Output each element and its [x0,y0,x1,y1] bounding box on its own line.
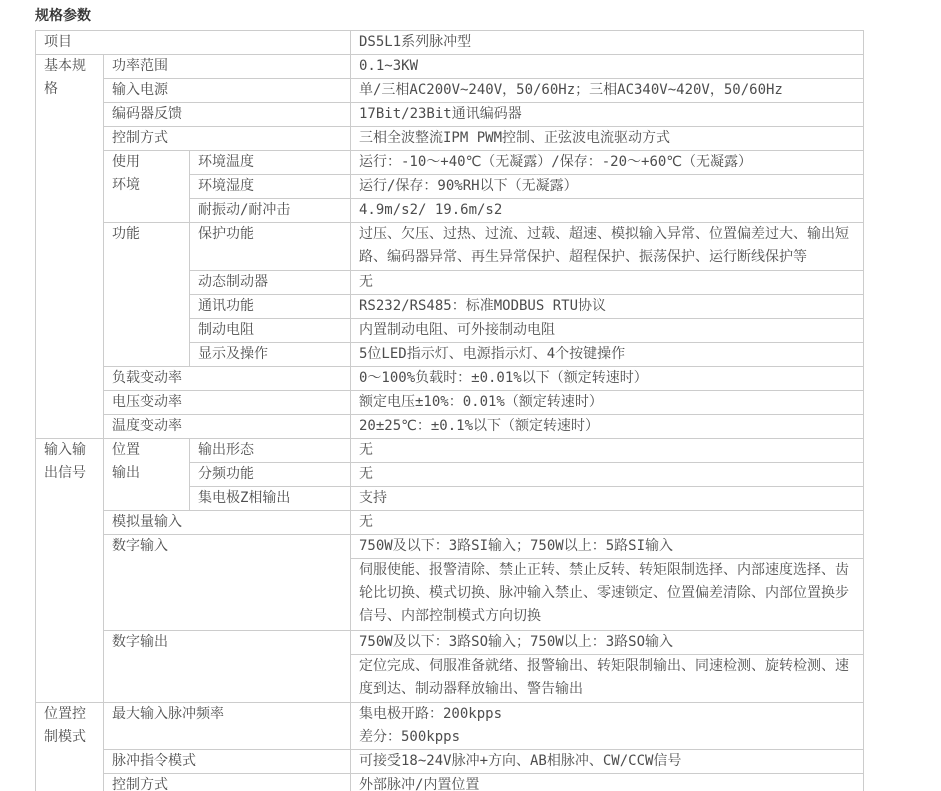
spec-value: 伺服使能、报警清除、禁止正转、禁止反转、转矩限制选择、内部速度选择、齿轮比切换、… [351,559,864,631]
spec-label: 模拟量输入 [104,511,351,535]
group-label-line: 基本规 [44,55,95,78]
table-row: 模拟量输入 无 [36,511,864,535]
spec-value: 单/三相AC200V~240V，50/60Hz；三相AC340V~420V，50… [351,79,864,103]
spec-value-line: 集电极开路：200kpps [359,703,855,726]
table-row: 电压变动率 额定电压±10%：0.01%（额定转速时） [36,391,864,415]
table-row: 基本规 格 功率范围 0.1~3KW [36,55,864,79]
table-row: 控制方式 三相全波整流IPM PWM控制、正弦波电流驱动方式 [36,127,864,151]
spec-value: 运行/保存：90%RH以下（无凝露） [351,175,864,199]
spec-value: 750W及以下：3路SO输入；750W以上：3路SO输入 [351,631,864,655]
spec-table: 项目 DS5L1系列脉冲型 基本规 格 功率范围 0.1~3KW 输入电源 单/… [35,30,864,791]
spec-value: 无 [351,463,864,487]
group-label-line: 输出 [112,462,181,485]
spec-value: 17Bit/23Bit通讯编码器 [351,103,864,127]
spec-value: 支持 [351,487,864,511]
group-label-line: 位置控 [44,703,95,726]
table-row: 功能 保护功能 过压、欠压、过热、过流、过载、超速、模拟输入异常、位置偏差过大、… [36,223,864,271]
spec-label: 电压变动率 [104,391,351,415]
spec-value: 无 [351,511,864,535]
spec-value-line: 差分：500kpps [359,726,855,749]
table-row: 脉冲指令模式 可接受18~24V脉冲+方向、AB相脉冲、CW/CCW信号 [36,750,864,774]
group-functions: 功能 [104,223,190,367]
spec-label: 功率范围 [104,55,351,79]
group-label-line: 输入输 [44,439,95,462]
spec-value: 定位完成、伺服准备就绪、报警输出、转矩限制输出、同速检测、旋转检测、速度到达、制… [351,655,864,703]
spec-label: 最大输入脉冲频率 [104,703,351,750]
table-row: 温度变动率 20±25℃：±0.1%以下（额定转速时） [36,415,864,439]
spec-label: 编码器反馈 [104,103,351,127]
table-row: 数字输出 750W及以下：3路SO输入；750W以上：3路SO输入 [36,631,864,655]
spec-value: 内置制动电阻、可外接制动电阻 [351,319,864,343]
group-label-line: 制模式 [44,726,95,749]
spec-value: 无 [351,439,864,463]
spec-label: 数字输出 [104,631,351,703]
spec-label: 显示及操作 [190,343,351,367]
group-label-line: 使用 [112,151,181,174]
spec-value: 集电极开路：200kpps 差分：500kpps [351,703,864,750]
group-basic-specs: 基本规 格 [36,55,104,439]
spec-value: 外部脉冲/内置位置 [351,774,864,791]
spec-page: 规格参数 项目 DS5L1系列脉冲型 基本规 格 功率范围 0.1~3KW 输入… [0,0,941,791]
spec-value: 额定电压±10%：0.01%（额定转速时） [351,391,864,415]
spec-value: 运行：-10～+40℃（无凝露）/保存：-20～+60℃（无凝露） [351,151,864,175]
table-row: 使用 环境 环境温度 运行：-10～+40℃（无凝露）/保存：-20～+60℃（… [36,151,864,175]
spec-label: 耐振动/耐冲击 [190,199,351,223]
spec-label: 环境温度 [190,151,351,175]
spec-label: 分频功能 [190,463,351,487]
table-row: 控制方式 外部脉冲/内置位置 [36,774,864,791]
spec-label: 控制方式 [104,774,351,791]
group-label-line: 环境 [112,174,181,197]
spec-value: 0～100%负载时：±0.01%以下（额定转速时） [351,367,864,391]
spec-value: 5位LED指示灯、电源指示灯、4个按键操作 [351,343,864,367]
spec-label: 保护功能 [190,223,351,271]
group-position-control-mode: 位置控 制模式 [36,703,104,791]
spec-value: 4.9m/s2/ 19.6m/s2 [351,199,864,223]
spec-label: 控制方式 [104,127,351,151]
table-row: 位置控 制模式 最大输入脉冲频率 集电极开路：200kpps 差分：500kpp… [36,703,864,750]
spec-value: 可接受18~24V脉冲+方向、AB相脉冲、CW/CCW信号 [351,750,864,774]
spec-label: 通讯功能 [190,295,351,319]
spec-label: 环境湿度 [190,175,351,199]
spec-label: 脉冲指令模式 [104,750,351,774]
spec-value: 20±25℃：±0.1%以下（额定转速时） [351,415,864,439]
group-operating-environment: 使用 环境 [104,151,190,223]
spec-value: 750W及以下：3路SI输入；750W以上：5路SI输入 [351,535,864,559]
spec-label: 制动电阻 [190,319,351,343]
table-row: 负载变动率 0～100%负载时：±0.01%以下（额定转速时） [36,367,864,391]
spec-label: 动态制动器 [190,271,351,295]
table-row: 编码器反馈 17Bit/23Bit通讯编码器 [36,103,864,127]
spec-label: 数字输入 [104,535,351,631]
group-label-line: 格 [44,78,95,101]
spec-value: 无 [351,271,864,295]
table-row: 输入输 出信号 位置 输出 输出形态 无 [36,439,864,463]
header-series-cell: DS5L1系列脉冲型 [351,31,864,55]
spec-label: 输出形态 [190,439,351,463]
table-row: 输入电源 单/三相AC200V~240V，50/60Hz；三相AC340V~42… [36,79,864,103]
group-label-line: 出信号 [44,462,95,485]
spec-label: 温度变动率 [104,415,351,439]
page-title: 规格参数 [35,8,941,24]
spec-value: 0.1~3KW [351,55,864,79]
spec-value: RS232/RS485：标准MODBUS RTU协议 [351,295,864,319]
group-label-line: 位置 [112,439,181,462]
spec-label: 输入电源 [104,79,351,103]
table-row: 数字输入 750W及以下：3路SI输入；750W以上：5路SI输入 [36,535,864,559]
header-item-cell: 项目 [36,31,351,55]
spec-label: 负载变动率 [104,367,351,391]
table-row: 项目 DS5L1系列脉冲型 [36,31,864,55]
group-io-signals: 输入输 出信号 [36,439,104,703]
spec-label: 集电极Z相输出 [190,487,351,511]
group-position-output: 位置 输出 [104,439,190,511]
spec-value: 三相全波整流IPM PWM控制、正弦波电流驱动方式 [351,127,864,151]
spec-value: 过压、欠压、过热、过流、过载、超速、模拟输入异常、位置偏差过大、输出短路、编码器… [351,223,864,271]
